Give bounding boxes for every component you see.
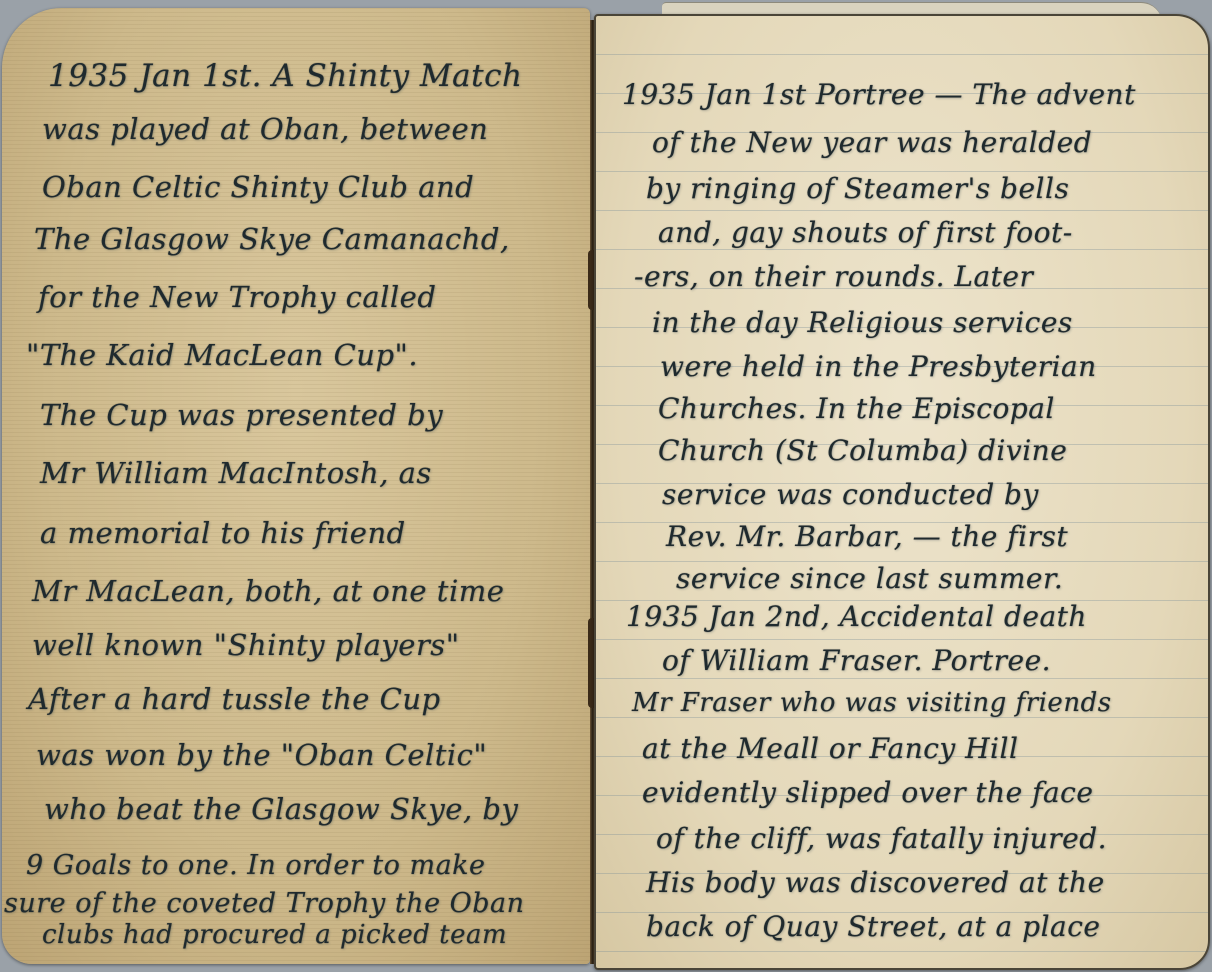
- left-page: 1935 Jan 1st. A Shinty Match was played …: [2, 8, 590, 964]
- text-line: back of Quay Street, at a place: [646, 910, 1100, 943]
- text-line: were held in the Presbyterian: [660, 350, 1097, 383]
- text-line: Mr MacLean, both, at one time: [32, 574, 504, 608]
- text-line: Mr Fraser who was visiting friends: [632, 688, 1112, 718]
- text-line: service was conducted by: [662, 478, 1039, 511]
- text-line: was played at Oban, between: [42, 112, 488, 146]
- text-line: who beat the Glasgow Skye, by: [44, 792, 518, 826]
- text-line: 1935 Jan 1st Portree — The advent: [622, 78, 1136, 111]
- text-line: 1935 Jan 2nd, Accidental death: [626, 600, 1087, 633]
- text-line: evidently slipped over the face: [642, 776, 1093, 809]
- text-line: Oban Celtic Shinty Club and: [42, 170, 474, 204]
- text-line: a memorial to his friend: [40, 516, 406, 550]
- text-line: by ringing of Steamer's bells: [646, 172, 1069, 205]
- text-line: Mr William MacIntosh, as: [40, 456, 432, 490]
- text-line: in the day Religious services: [652, 306, 1073, 339]
- text-line: 1935 Jan 1st. A Shinty Match: [48, 58, 522, 94]
- text-line: well known "Shinty players": [32, 628, 460, 662]
- text-line: After a hard tussle the Cup: [28, 682, 441, 716]
- text-line: for the New Trophy called: [38, 280, 436, 314]
- text-line: His body was discovered at the: [646, 866, 1105, 899]
- text-line: sure of the coveted Trophy the Oban: [4, 888, 525, 919]
- text-line: The Glasgow Skye Camanachd,: [34, 222, 510, 256]
- text-line: Rev. Mr. Barbar, — the first: [666, 520, 1068, 553]
- text-line: clubs had procured a picked team: [42, 920, 507, 950]
- text-line: -ers, on their rounds. Later: [634, 260, 1033, 293]
- text-line: of William Fraser. Portree.: [662, 644, 1051, 677]
- text-line: at the Meall or Fancy Hill: [642, 732, 1018, 765]
- text-line: and, gay shouts of first foot-: [658, 216, 1073, 249]
- text-line: of the cliff, was fatally injured.: [656, 822, 1107, 855]
- text-line: service since last summer.: [676, 562, 1063, 595]
- text-line: Church (St Columba) divine: [658, 434, 1067, 467]
- right-page: 1935 Jan 1st Portree — The advent of the…: [594, 14, 1210, 970]
- text-line: The Cup was presented by: [40, 398, 443, 432]
- text-line: Churches. In the Episcopal: [658, 392, 1055, 425]
- text-line: was won by the "Oban Celtic": [36, 738, 487, 772]
- text-line: 9 Goals to one. In order to make: [26, 850, 486, 881]
- text-line: "The Kaid MacLean Cup".: [26, 338, 418, 372]
- text-line: of the New year was heralded: [652, 126, 1092, 159]
